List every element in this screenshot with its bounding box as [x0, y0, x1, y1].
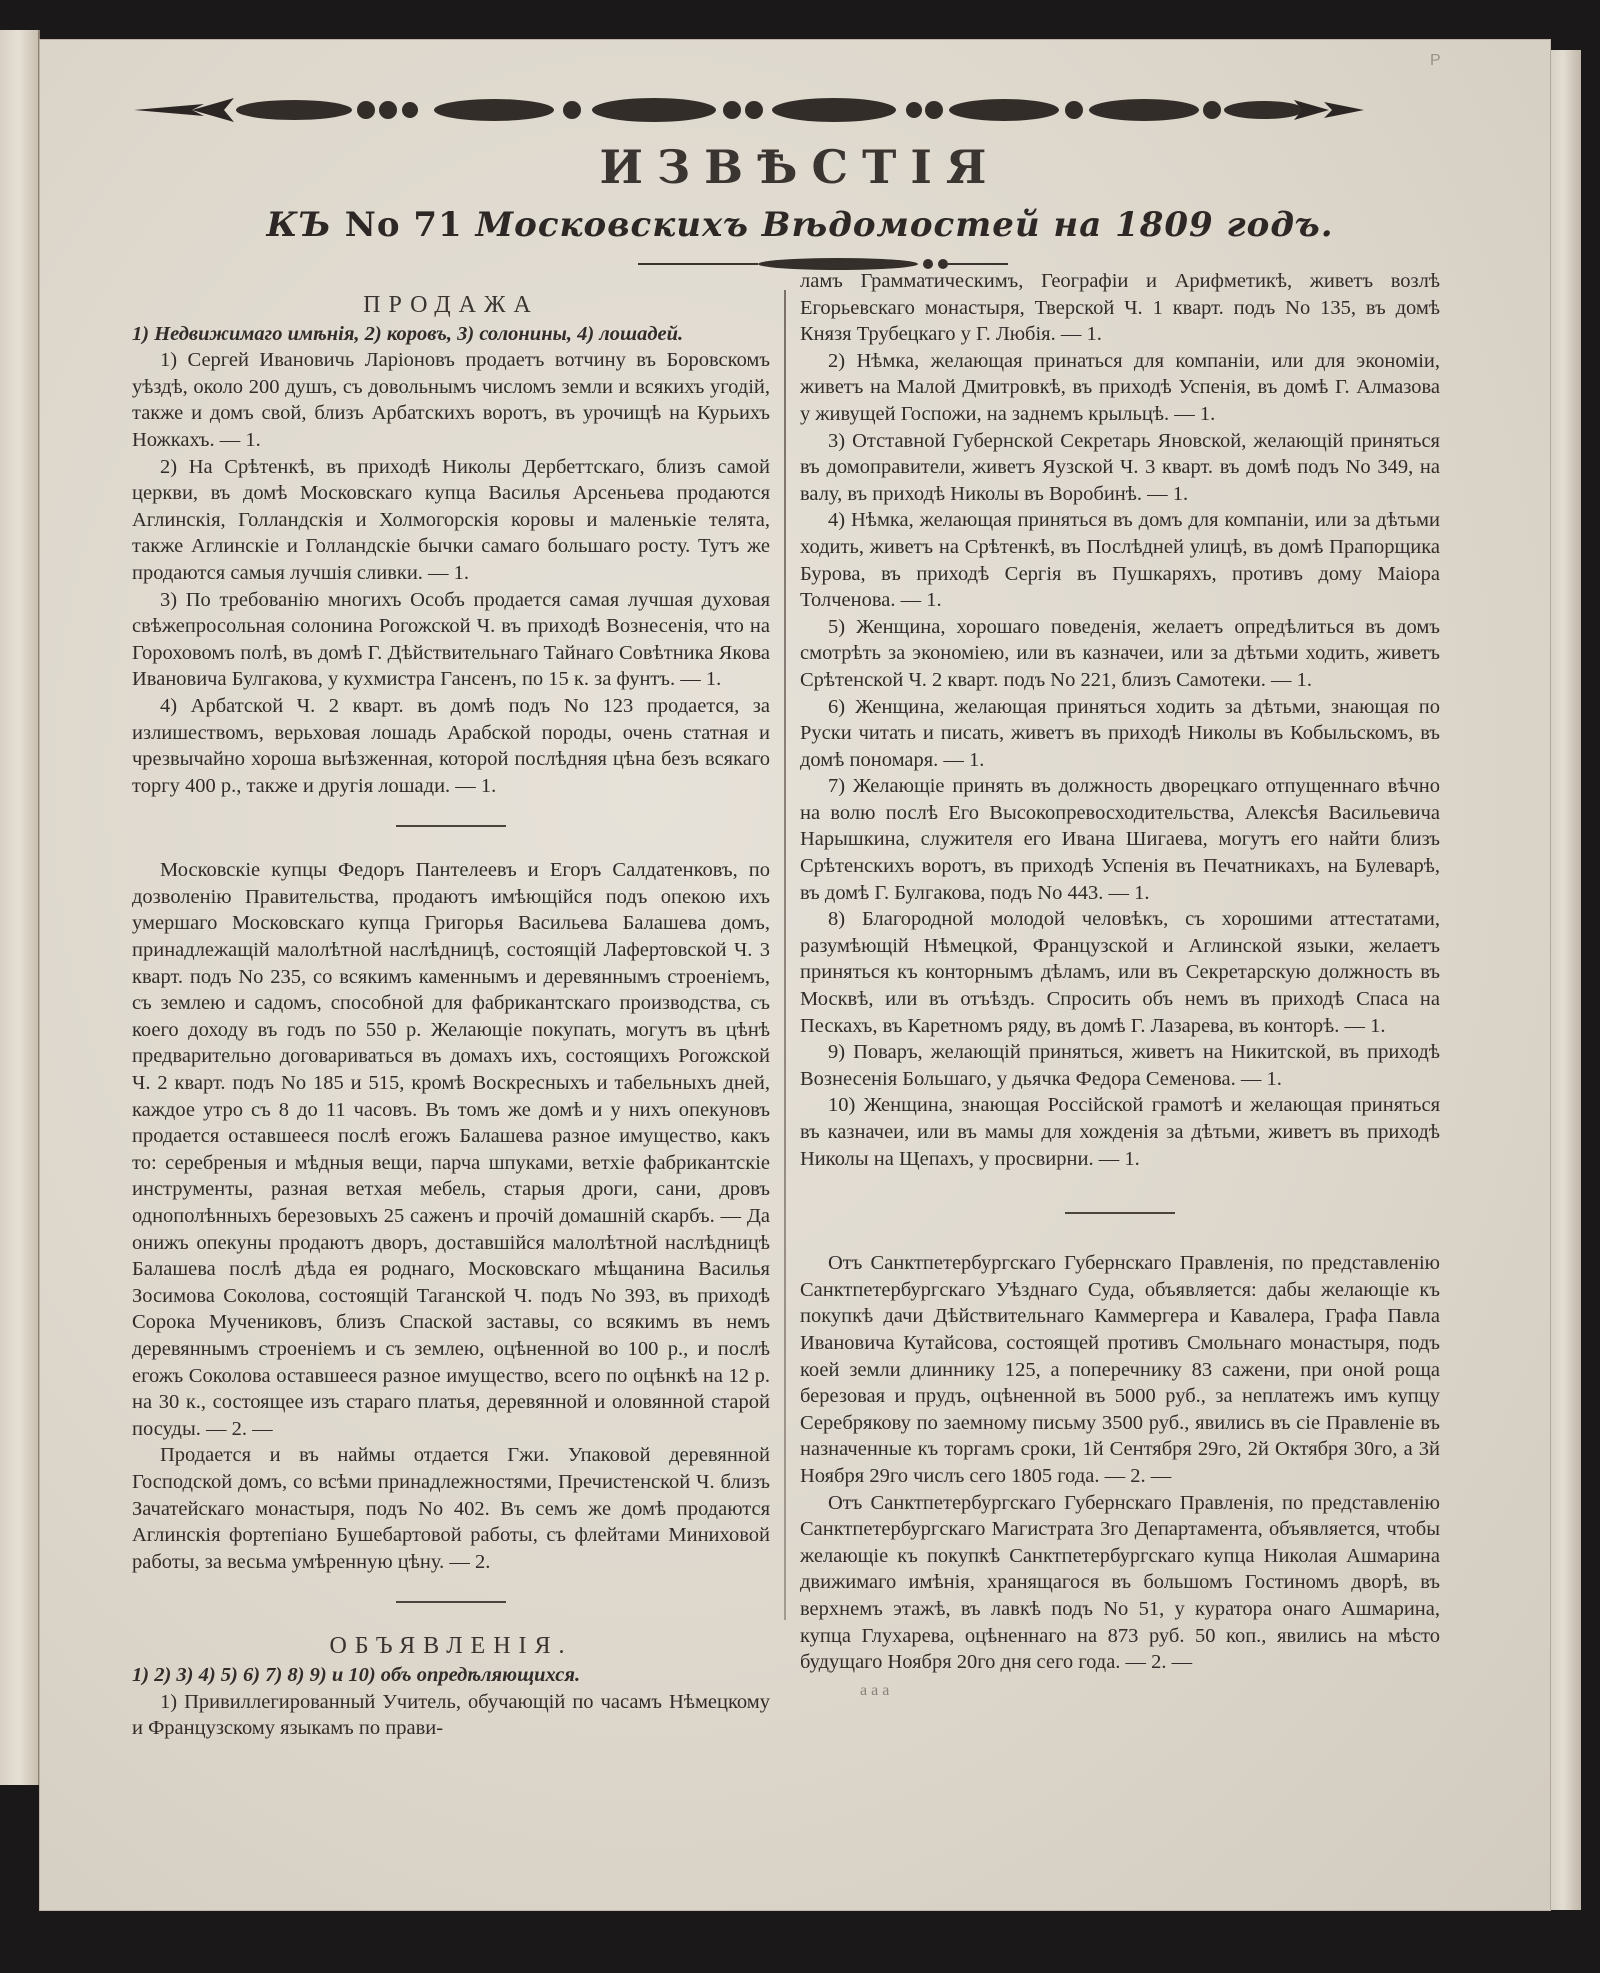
announcement-item: 3) Отставной Губернской Секретарь Яновск… — [800, 428, 1440, 508]
section-divider-rule — [1065, 1212, 1175, 1214]
section-divider-rule — [396, 825, 506, 827]
sale-section-heading: ПРОДАЖА — [132, 292, 770, 319]
announcement-item: 8) Благородной молодой человѣкъ, съ хоро… — [800, 906, 1440, 1039]
announcement-item: 1) Привиллегированный Учитель, обучающій… — [132, 1689, 770, 1742]
announcements-rubric: 1) 2) 3) 4) 5) 6) 7) 8) 9) и 10) объ опр… — [132, 1662, 770, 1689]
announcement-item: 5) Женщина, хорошаго поведенія, желаетъ … — [800, 614, 1440, 694]
subtitle-main: Московскихъ Вѣдомостей на 1809 годъ. — [476, 205, 1334, 245]
subtitle-prefix: КЪ — [266, 205, 331, 245]
sale-item: 2) На Срѣтенкѣ, въ приходѣ Николы Дербет… — [132, 454, 770, 587]
government-notice: Отъ Санктпетербургскаго Губернскаго Прав… — [800, 1490, 1440, 1676]
sale-item: 4) Арбатской Ч. 2 кварт. въ домѣ подъ No… — [132, 693, 770, 799]
sale-rubric: 1) Недвижимаго имѣнія, 2) коровъ, 3) сол… — [132, 321, 770, 348]
arrow-ornament-rule-icon — [134, 92, 1364, 128]
government-notice: Отъ Санктпетербургскаго Губернскаго Прав… — [800, 1250, 1440, 1489]
announcement-item: 10) Женщина, знающая Россійской грамотѣ … — [800, 1092, 1440, 1172]
announcement-item: 7) Желающіе принять въ должность дворецк… — [800, 773, 1440, 906]
right-column: ламъ Грамматическимъ, Географіи и Арифме… — [800, 268, 1440, 1704]
printer-signature-mark: а а а — [860, 1678, 1440, 1705]
book-binding-strip — [0, 30, 40, 1785]
announcement-item: 2) Нѣмка, желающая принаться для компані… — [800, 348, 1440, 428]
announcement-item: 6) Женщина, желающая приняться ходить за… — [800, 694, 1440, 774]
page-title: ИЗВѢСТІЯ — [0, 140, 1600, 194]
announcement-continuation: ламъ Грамматическимъ, Географіи и Арифме… — [800, 268, 1440, 348]
merchant-notice: Продается и въ наймы отдается Гжи. Упако… — [132, 1442, 770, 1575]
left-column: ПРОДАЖА 1) Недвижимаго имѣнія, 2) коровъ… — [132, 292, 770, 1742]
page-subtitle: КЪ No 71 Московскихъ Вѣдомостей на 1809 … — [0, 205, 1600, 245]
merchant-notice: Московскіе купцы Федоръ Пантелеевъ и Его… — [132, 857, 770, 1442]
sale-item: 1) Сергей Ивановичь Ларіоновъ продаетъ в… — [132, 347, 770, 453]
announcement-item: 4) Нѣмка, желающая приняться въ домъ для… — [800, 507, 1440, 613]
page-pencil-mark: P — [1430, 52, 1441, 70]
page-stack-edge — [1550, 50, 1581, 1910]
section-divider-rule — [396, 1601, 506, 1603]
sale-item: 3) По требованію многихъ Особъ продается… — [132, 587, 770, 693]
column-divider — [784, 290, 786, 1620]
announcements-section-heading: ОБЪЯВЛЕНІЯ. — [132, 1633, 770, 1660]
announcement-item: 9) Поваръ, желающій приняться, живетъ на… — [800, 1039, 1440, 1092]
issue-number: No 71 — [345, 205, 463, 245]
